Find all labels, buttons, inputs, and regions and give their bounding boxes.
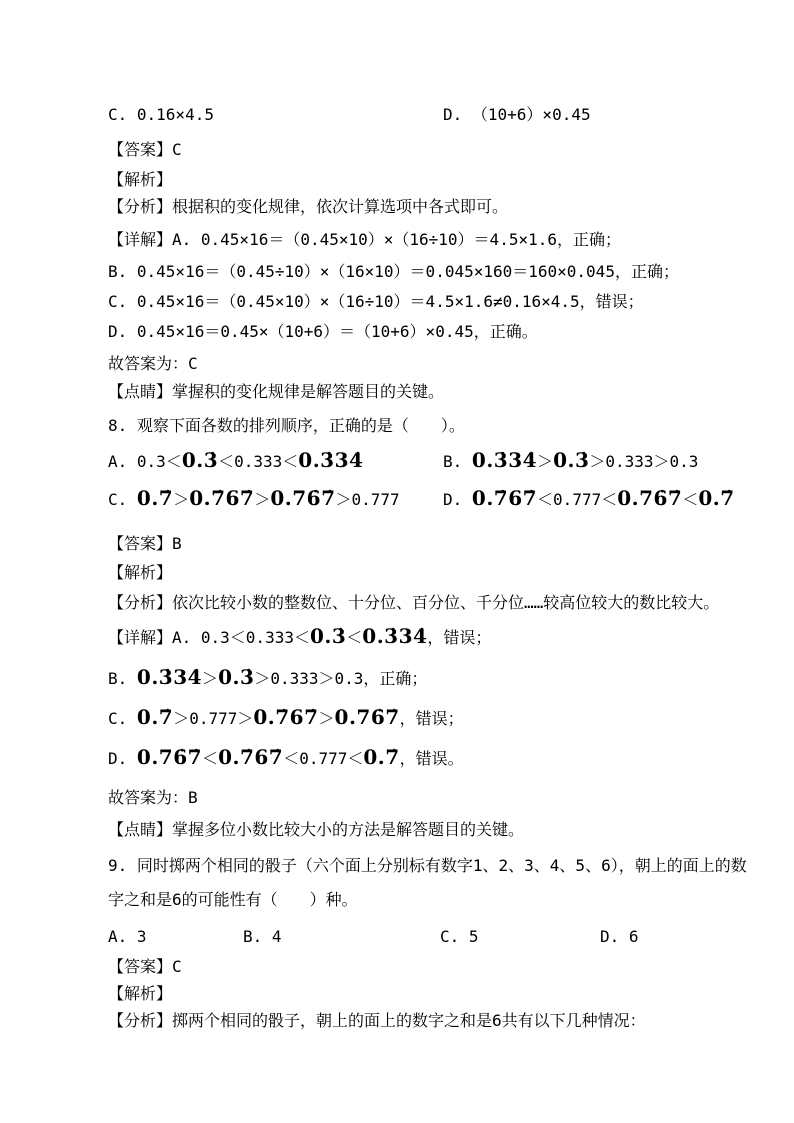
q7-answer-label: 【答案】C (108, 139, 182, 161)
repeating-decimal-value: 0.76̇7̇ (270, 486, 335, 510)
q7-option-c: C. 0.16×4.5 (108, 104, 214, 126)
q9-option-a: A. 3 (108, 926, 147, 948)
repeating-decimal-value: 0.7̇67̇ (189, 486, 254, 510)
q9-option-d: D. 6 (600, 926, 639, 948)
q8-detail-a-line: 【详解】A. 0.3＜0.333＜0.3̇＜0.3̇34̇，错误； (108, 625, 491, 649)
text-segment: ＜0.777＜ (537, 490, 617, 509)
repeating-decimal-value: 0.76̇7̇ (617, 486, 682, 510)
q8-detail-b-line: B. 0.3̇34̇＞0.3̇＞0.333＞0.3，正确； (108, 666, 427, 690)
repeating-decimal-value: 0.76̇7̇ (137, 745, 202, 769)
repeating-decimal-value: 0.3̇ (553, 448, 589, 472)
text-segment: 【详解】A. 0.3＜0.333＜ (108, 628, 310, 647)
q9-stem-line2: 字之和是6的可能性有（ ）种。 (108, 889, 358, 911)
repeating-decimal-value: 0.3̇34̇ (362, 624, 427, 648)
q7-detail-b-line: B. 0.45×16＝（0.45÷10）×（16×10）＝0.045×160＝1… (108, 261, 679, 283)
repeating-decimal-value: 0.3̇ (310, 624, 346, 648)
exam-answer-document-page: C. 0.16×4.5 D. （10+6）×0.45 【答案】C 【解析】 【分… (0, 0, 794, 1123)
text-segment: C. (108, 709, 137, 728)
repeating-decimal-value: 0.3̇ (218, 665, 254, 689)
q7-fenxi-line: 【分析】根据积的变化规律，依次计算选项中各式即可。 (108, 196, 508, 218)
text-segment: C. (108, 490, 137, 509)
q8-answer-label: 【答案】B (108, 533, 182, 555)
repeating-decimal-value: 0.7̇67̇ (472, 486, 537, 510)
q9-option-b: B. 4 (243, 926, 282, 948)
q9-option-c: C. 5 (440, 926, 479, 948)
text-segment: D. (443, 490, 472, 509)
q7-conclusion-line: 故答案为：C (108, 353, 198, 375)
text-segment: ＞0.777＞ (173, 709, 253, 728)
q8-stem: 8. 观察下面各数的排列顺序，正确的是（ ）。 (108, 415, 465, 437)
repeating-decimal-value: 0.7̇ (363, 745, 399, 769)
q8-dianjing-line: 【点睛】掌握多位小数比较大小的方法是解答题目的关键。 (108, 819, 524, 841)
repeating-decimal-value: 0.7̇ (137, 486, 173, 510)
text-segment: ，错误； (427, 628, 491, 647)
text-segment: ＞ (537, 452, 553, 471)
text-segment: B. (108, 669, 137, 688)
q8-option-b: B. 0.3̇34̇＞0.3̇＞0.333＞0.3 (443, 449, 698, 473)
q8-option-c: C. 0.7̇＞0.7̇67̇＞0.76̇7̇＞0.777 (108, 487, 400, 511)
q8-option-a: A. 0.3＜0.3̇＜0.333＜0.3̇34̇ (108, 449, 363, 473)
text-segment: ＞ (173, 490, 189, 509)
text-segment: ＜ (202, 749, 218, 768)
q7-option-d: D. （10+6）×0.45 (443, 104, 591, 126)
text-segment: ，错误； (400, 709, 464, 728)
repeating-decimal-value: 0.3̇34̇ (298, 448, 363, 472)
q9-fenxi-line: 【分析】掷两个相同的骰子，朝上的面上的数字之和是6共有以下几种情况： (108, 1010, 646, 1032)
q7-jiexi-label: 【解析】 (108, 169, 172, 191)
text-segment: ＞0.777 (336, 490, 400, 509)
repeating-decimal-value: 0.7̇67̇ (253, 705, 318, 729)
q7-detail-c-line: C. 0.45×16＝（0.45×10）×（16÷10）＝4.5×1.6≠0.1… (108, 291, 644, 313)
text-segment: ＜ (346, 628, 362, 647)
text-segment: ＞0.333＞0.3，正确； (254, 669, 427, 688)
q9-jiexi-label: 【解析】 (108, 983, 172, 1005)
q8-fenxi-line: 【分析】依次比较小数的整数位、十分位、百分位、千分位……较高位较大的数比较大。 (108, 592, 719, 614)
q8-conclusion-line: 故答案为：B (108, 787, 198, 809)
q7-detail-d-line: D. 0.45×16＝0.45×（10+6）＝（10+6）×0.45，正确。 (108, 321, 538, 343)
text-segment: ＜ (682, 490, 698, 509)
text-segment: ＞ (319, 709, 335, 728)
text-segment: ＜0.777＜ (283, 749, 363, 768)
repeating-decimal-value: 0.7̇ (698, 486, 734, 510)
q8-detail-d-line: D. 0.76̇7̇＜0.7̇67̇＜0.777＜0.7̇，错误。 (108, 746, 464, 770)
repeating-decimal-value: 0.3̇34̇ (472, 448, 537, 472)
repeating-decimal-value: 0.7̇67̇ (218, 745, 283, 769)
q7-detail-a-line: 【详解】A. 0.45×16＝（0.45×10）×（16÷10）＝4.5×1.6… (108, 229, 621, 251)
text-segment: ＞0.333＞0.3 (589, 452, 698, 471)
text-segment: ＞ (254, 490, 270, 509)
text-segment: B. (443, 452, 472, 471)
repeating-decimal-value: 0.7̇ (137, 705, 173, 729)
q8-jiexi-label: 【解析】 (108, 562, 172, 584)
repeating-decimal-value: 0.3̇ (182, 448, 218, 472)
text-segment: ＞ (202, 669, 218, 688)
text-segment: ，错误。 (400, 749, 464, 768)
repeating-decimal-value: 0.3̇34̇ (137, 665, 202, 689)
text-segment: A. 0.3＜ (108, 452, 182, 471)
repeating-decimal-value: 0.76̇7̇ (335, 705, 400, 729)
q8-option-d: D. 0.7̇67̇＜0.777＜0.76̇7̇＜0.7̇ (443, 487, 735, 511)
q8-detail-c-line: C. 0.7̇＞0.777＞0.7̇67̇＞0.76̇7̇，错误； (108, 706, 464, 730)
text-segment: ＜0.333＜ (218, 452, 298, 471)
text-segment: D. (108, 749, 137, 768)
q9-answer-label: 【答案】C (108, 956, 182, 978)
q9-stem-line1: 9. 同时掷两个相同的骰子（六个面上分别标有数字1、2、3、4、5、6），朝上的… (108, 855, 747, 877)
q7-dianjing-line: 【点睛】掌握积的变化规律是解答题目的关键。 (108, 381, 444, 403)
